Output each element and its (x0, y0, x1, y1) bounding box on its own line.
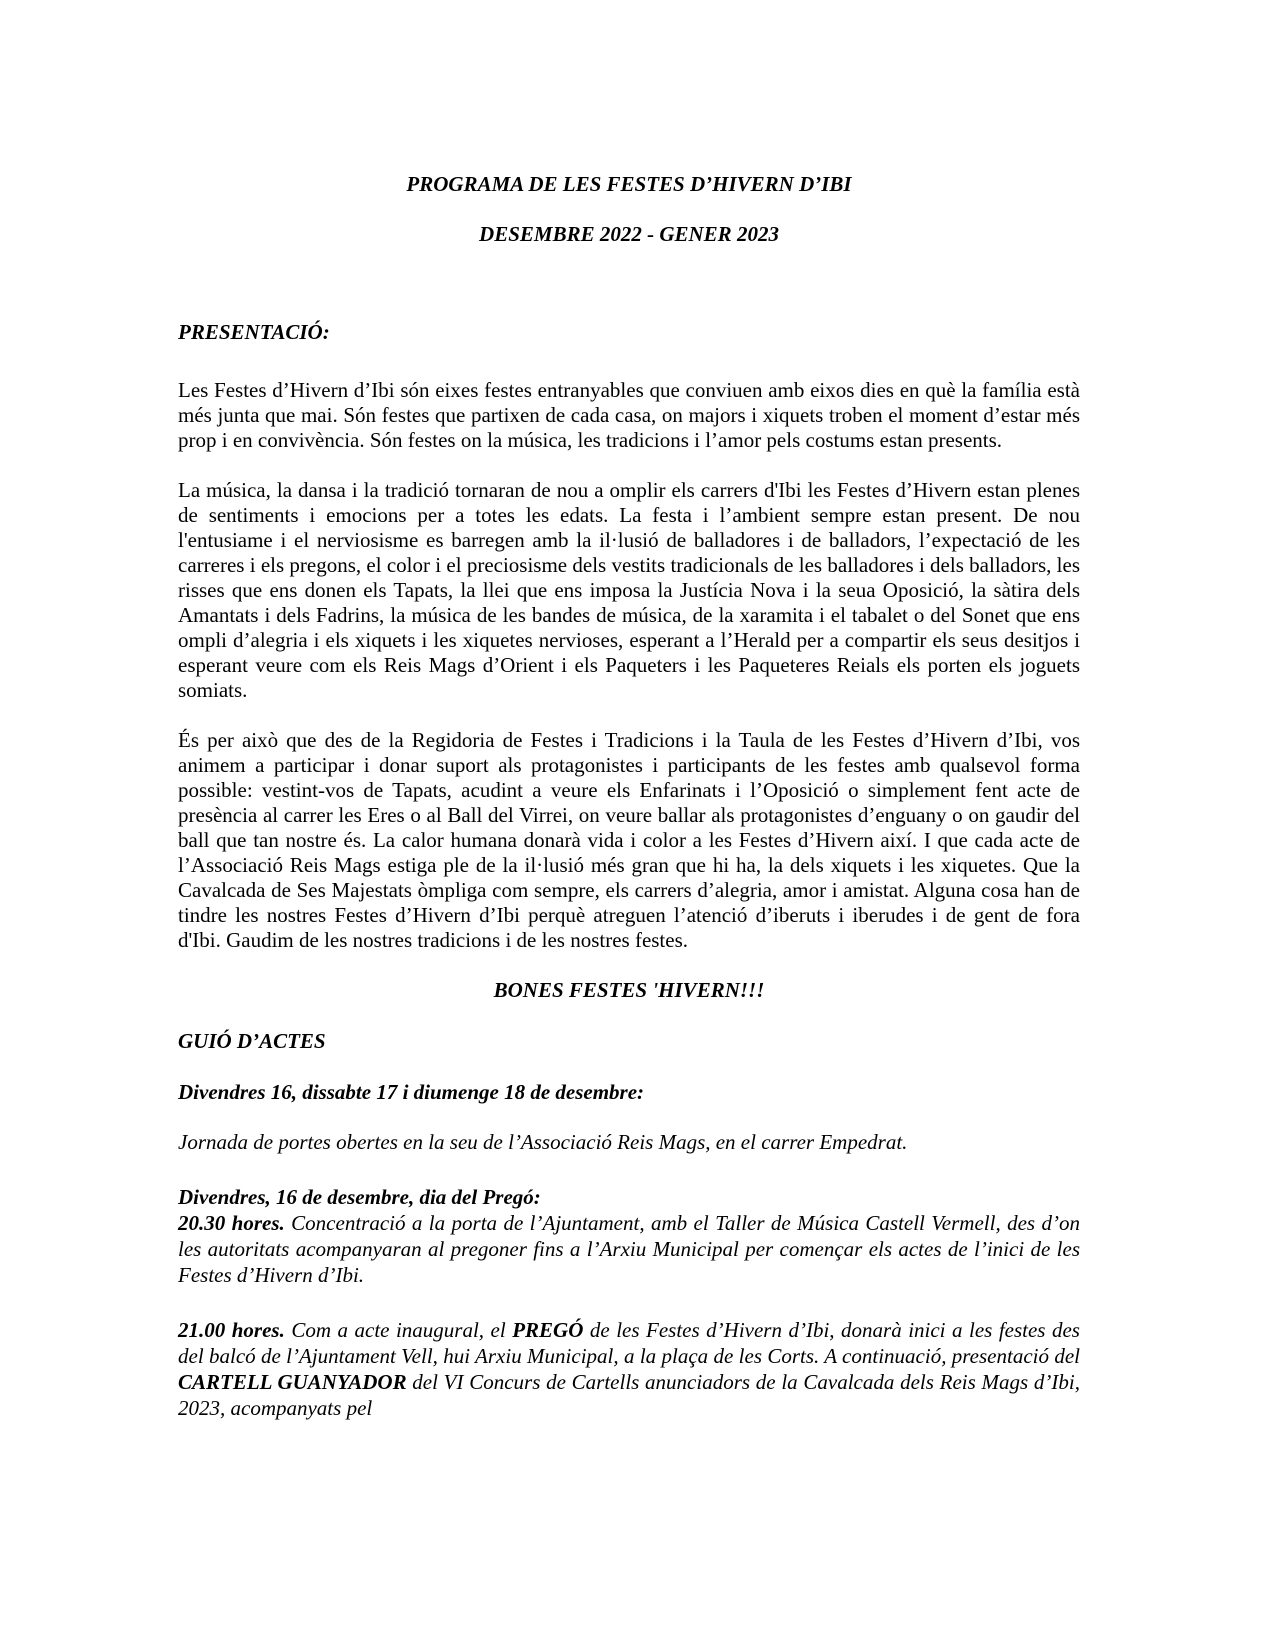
document-title: PROGRAMA DE LES FESTES D’HIVERN D’IBI (178, 172, 1080, 197)
event-time-label: 20.30 hores. (178, 1211, 285, 1235)
presentacio-paragraph-2: La música, la dansa i la tradició tornar… (178, 478, 1080, 703)
guio-section: GUIÓ D’ACTES Divendres 16, dissabte 17 i… (178, 1028, 1080, 1421)
event-time-label: 21.00 hores. (178, 1318, 285, 1342)
document-subtitle: DESEMBRE 2022 - GENER 2023 (178, 222, 1080, 247)
event-highlight-cartell: CARTELL GUANYADOR (178, 1370, 407, 1394)
section-heading-presentacio: PRESENTACIÓ: (178, 320, 1080, 345)
document-page: PROGRAMA DE LES FESTES D’HIVERN D’IBI DE… (0, 0, 1275, 1650)
event-date-heading-1: Divendres 16, dissabte 17 i diumenge 18 … (178, 1079, 1080, 1105)
presentacio-paragraph-1: Les Festes d’Hivern d’Ibi són eixes fest… (178, 378, 1080, 453)
closing-line: BONES FESTES 'HIVERN!!! (178, 978, 1080, 1003)
section-heading-guio: GUIÓ D’ACTES (178, 1028, 1080, 1054)
event-description-2: 20.30 hores. Concentració a la porta de … (178, 1210, 1080, 1288)
event-text: Com a acte inaugural, el (285, 1318, 512, 1342)
event-description-3: 21.00 hores. Com a acte inaugural, el PR… (178, 1317, 1080, 1421)
event-highlight-prego: PREGÓ (512, 1318, 583, 1342)
presentacio-paragraph-3: És per això que des de la Regidoria de F… (178, 728, 1080, 953)
event-date-heading-2: Divendres, 16 de desembre, dia del Pregó… (178, 1184, 1080, 1210)
document-content: PROGRAMA DE LES FESTES D’HIVERN D’IBI DE… (178, 172, 1080, 1421)
event-text: Concentració a la porta de l’Ajuntament,… (178, 1211, 1080, 1287)
event-description-1: Jornada de portes obertes en la seu de l… (178, 1129, 1080, 1155)
